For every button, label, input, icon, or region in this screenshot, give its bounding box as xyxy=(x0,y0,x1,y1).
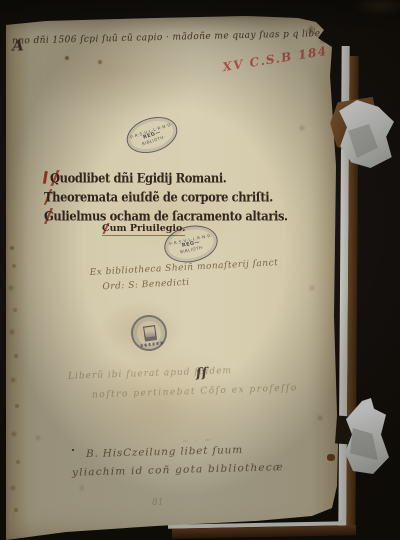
top-right-debris xyxy=(352,0,400,16)
oval-library-stamp-top: ·P·R·S·V·L·L·R·N·D· REG— BIBLIOTH· xyxy=(122,111,182,159)
folio-mark: r1 xyxy=(308,27,317,36)
stamp-emblem xyxy=(143,325,157,342)
ex-libris-inscription: Ex bibliotheca Sheiñ monaſterij ſanct Or… xyxy=(89,256,279,296)
inscription-text: nno dñi 1506 ſcpi ſuũ cũ capio · mãdoñe … xyxy=(12,29,321,47)
tissue-fold-shadow xyxy=(350,428,378,464)
bottom-note-line-2: yliachim id coñ gota bibliothecæ xyxy=(72,461,284,479)
ink-dot xyxy=(72,449,74,451)
red-shelfmark: XV C.S.B 184 xyxy=(222,44,329,74)
photographed-book-page: Anno dñi 1506 ſcpi ſuũ cũ capio · mãdoñe… xyxy=(0,0,400,540)
round-library-stamp xyxy=(129,313,170,354)
tissue-fold-shadow xyxy=(348,124,378,158)
faint-bottom-mark: 81 xyxy=(152,498,163,508)
printed-title-line-3: Gulielmus ocham de ſacramento altaris. xyxy=(44,208,288,224)
faded-note-line-2: noſtro pertinebat Cõſo ex profeſſo xyxy=(92,383,298,400)
bottom-note-line-1: B. HisCzeilung libet ſuum xyxy=(86,444,243,460)
stamp-emblem-base xyxy=(140,341,164,347)
title-line-text: Theoremata eiuſdẽ de corpore chriſti. xyxy=(44,189,273,205)
title-line-text: Quodlibet dñi Egidij Romani. xyxy=(50,170,226,186)
wormhole xyxy=(331,61,340,74)
foxing-spots xyxy=(10,246,14,250)
ink-monogram: ſſ xyxy=(195,366,207,382)
bottom-binding-board xyxy=(172,525,356,539)
wormhole xyxy=(335,238,340,247)
inscription-initial: A xyxy=(12,36,24,54)
rubric-paragraph-mark xyxy=(43,171,48,184)
ownership-inscription-top: Anno dñi 1506 ſcpi ſuũ cũ capio · mãdoñe… xyxy=(12,29,312,46)
printed-title-line-2: Theoremata eiuſdẽ de corpore chriſti. xyxy=(44,189,273,205)
wormhole xyxy=(327,454,335,461)
printed-title-line-1: Quodlibet dñi Egidij Romani. xyxy=(44,170,226,186)
title-page-leaf: Anno dñi 1506 ſcpi ſuũ cũ capio · mãdoñe… xyxy=(6,16,344,540)
title-line-text: Gulielmus ocham de ſacramento altaris. xyxy=(44,208,288,224)
